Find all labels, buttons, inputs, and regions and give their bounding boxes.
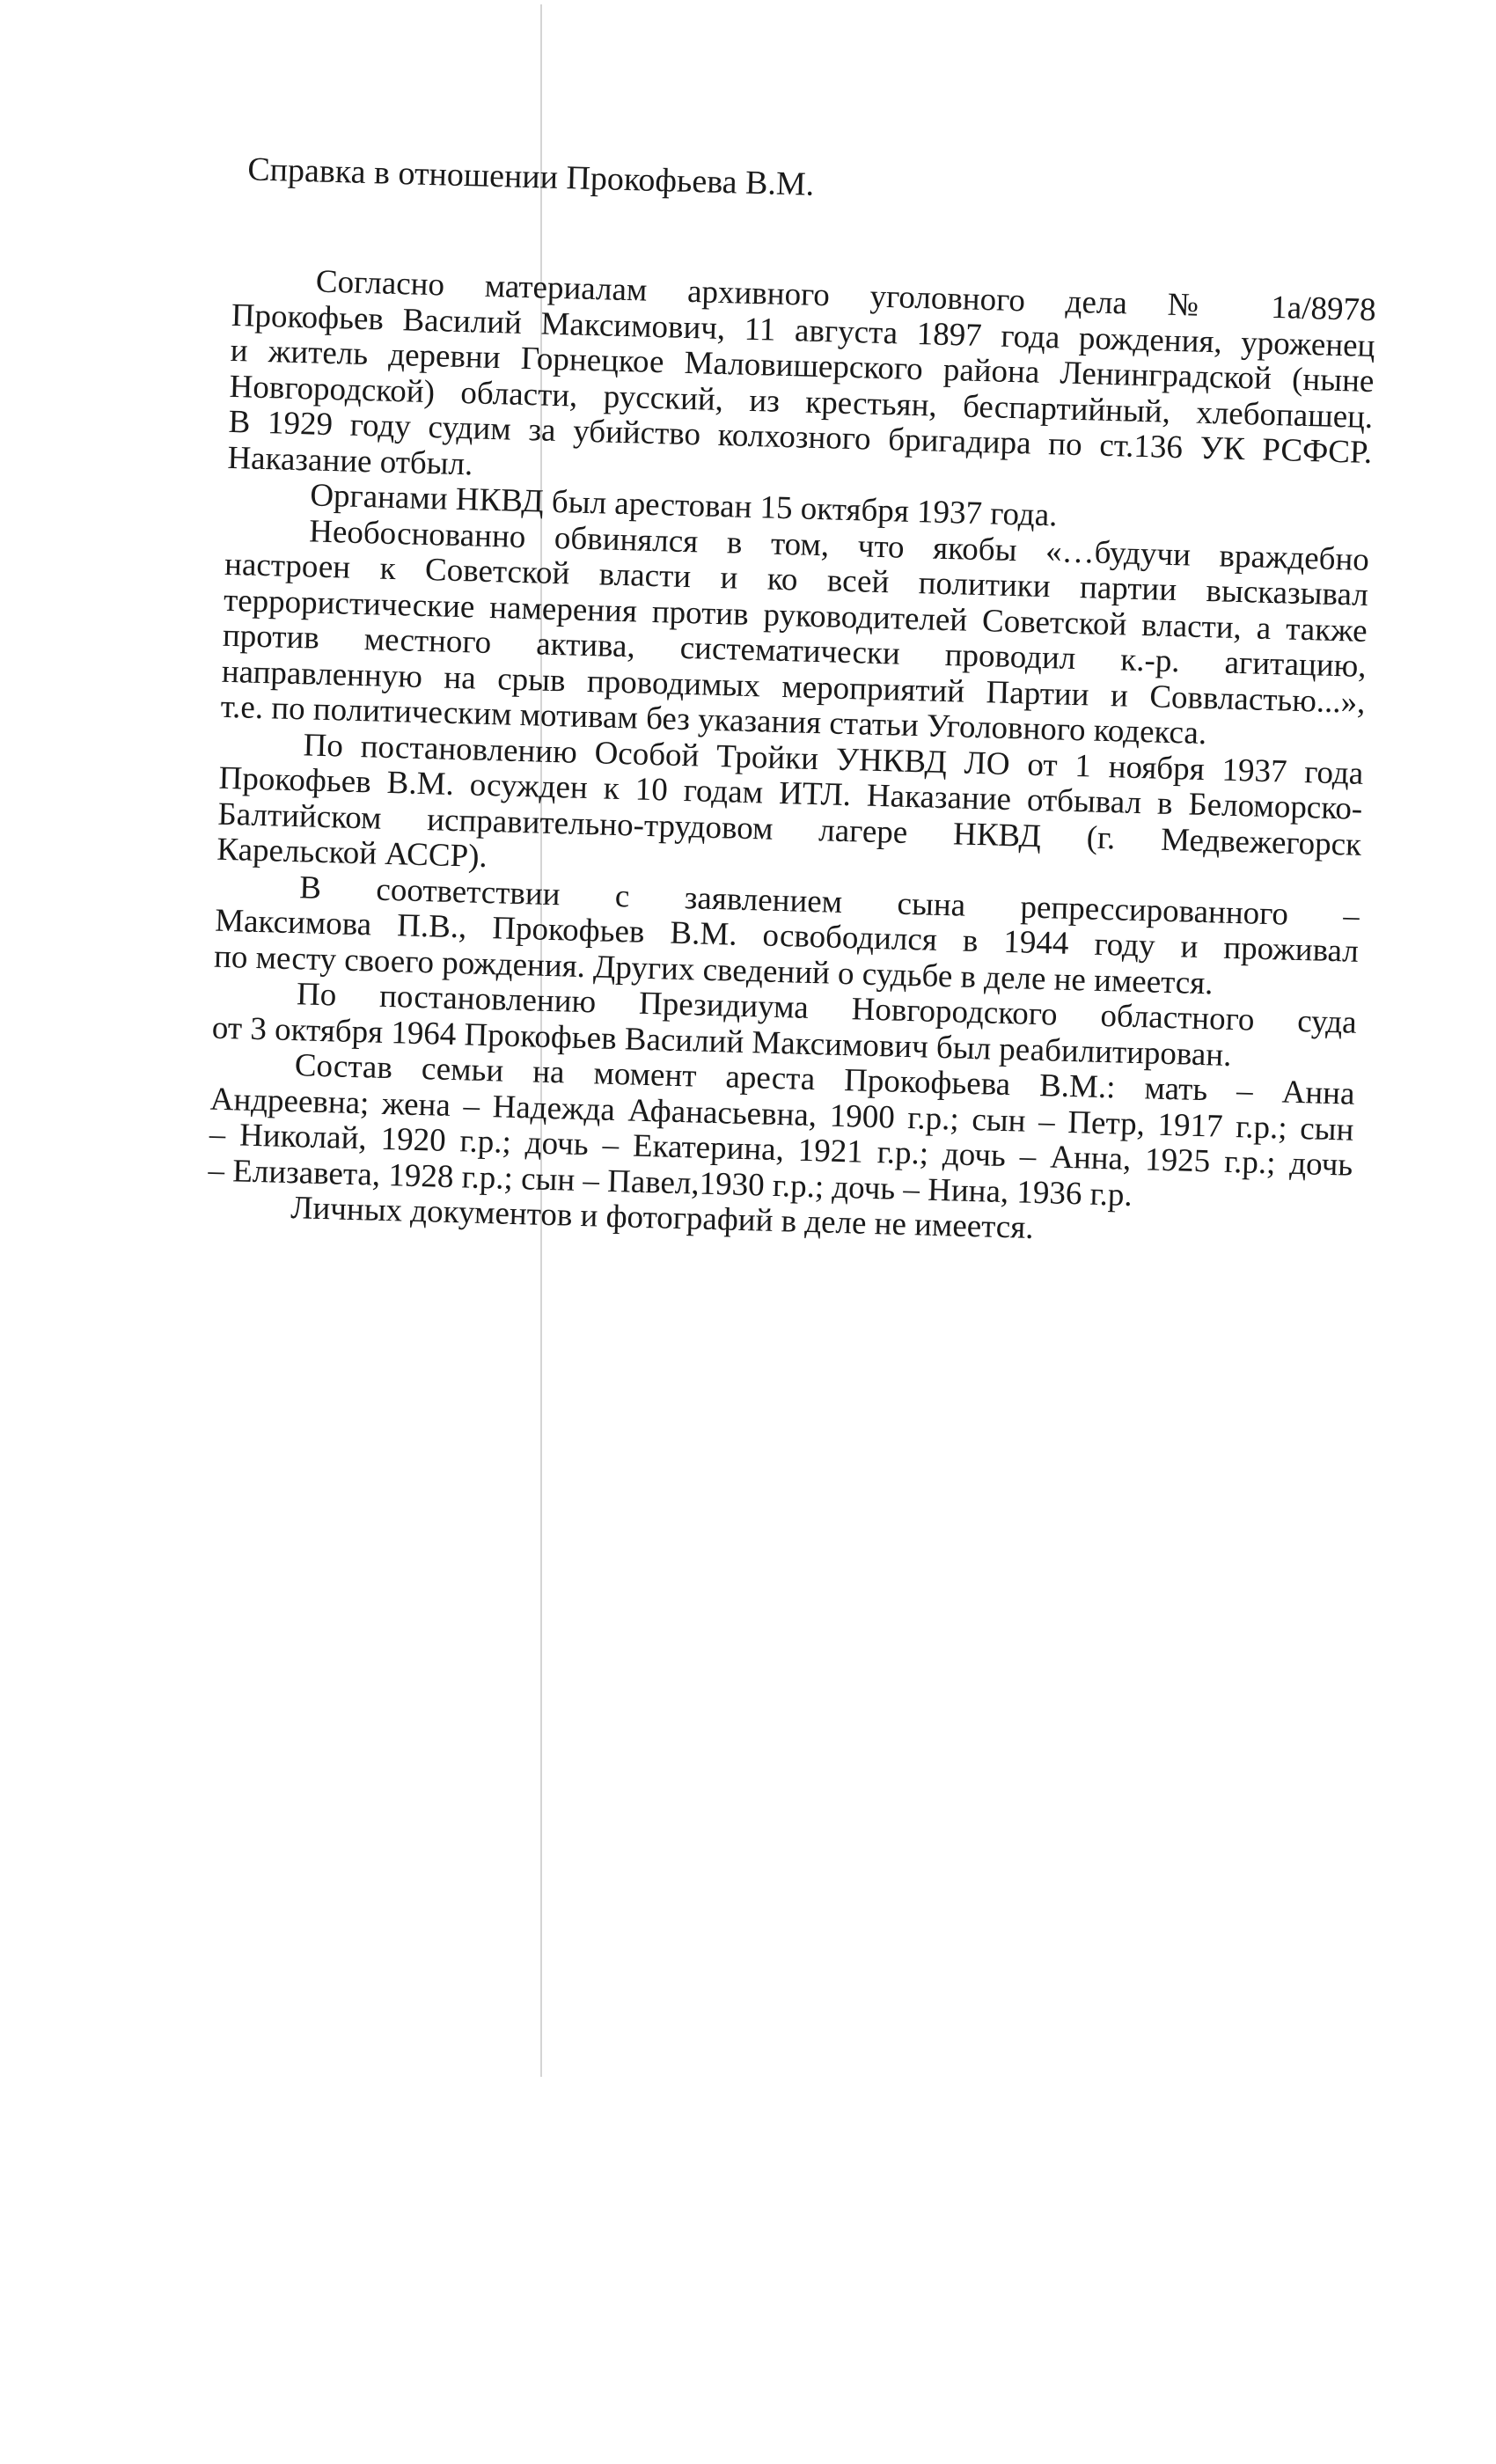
paragraph-case-materials: Согласно материалам архивного уголовного… <box>227 262 1376 507</box>
paragraph-accusation: Необоснованно обвинялся в том, что якобы… <box>220 511 1369 756</box>
document-body: Согласно материалам архивного уголовного… <box>207 262 1376 1255</box>
document-page: Справка в отношении Прокофьева В.М. Согл… <box>207 150 1380 1255</box>
document-title: Справка в отношении Прокофьева В.М. <box>247 150 1380 219</box>
